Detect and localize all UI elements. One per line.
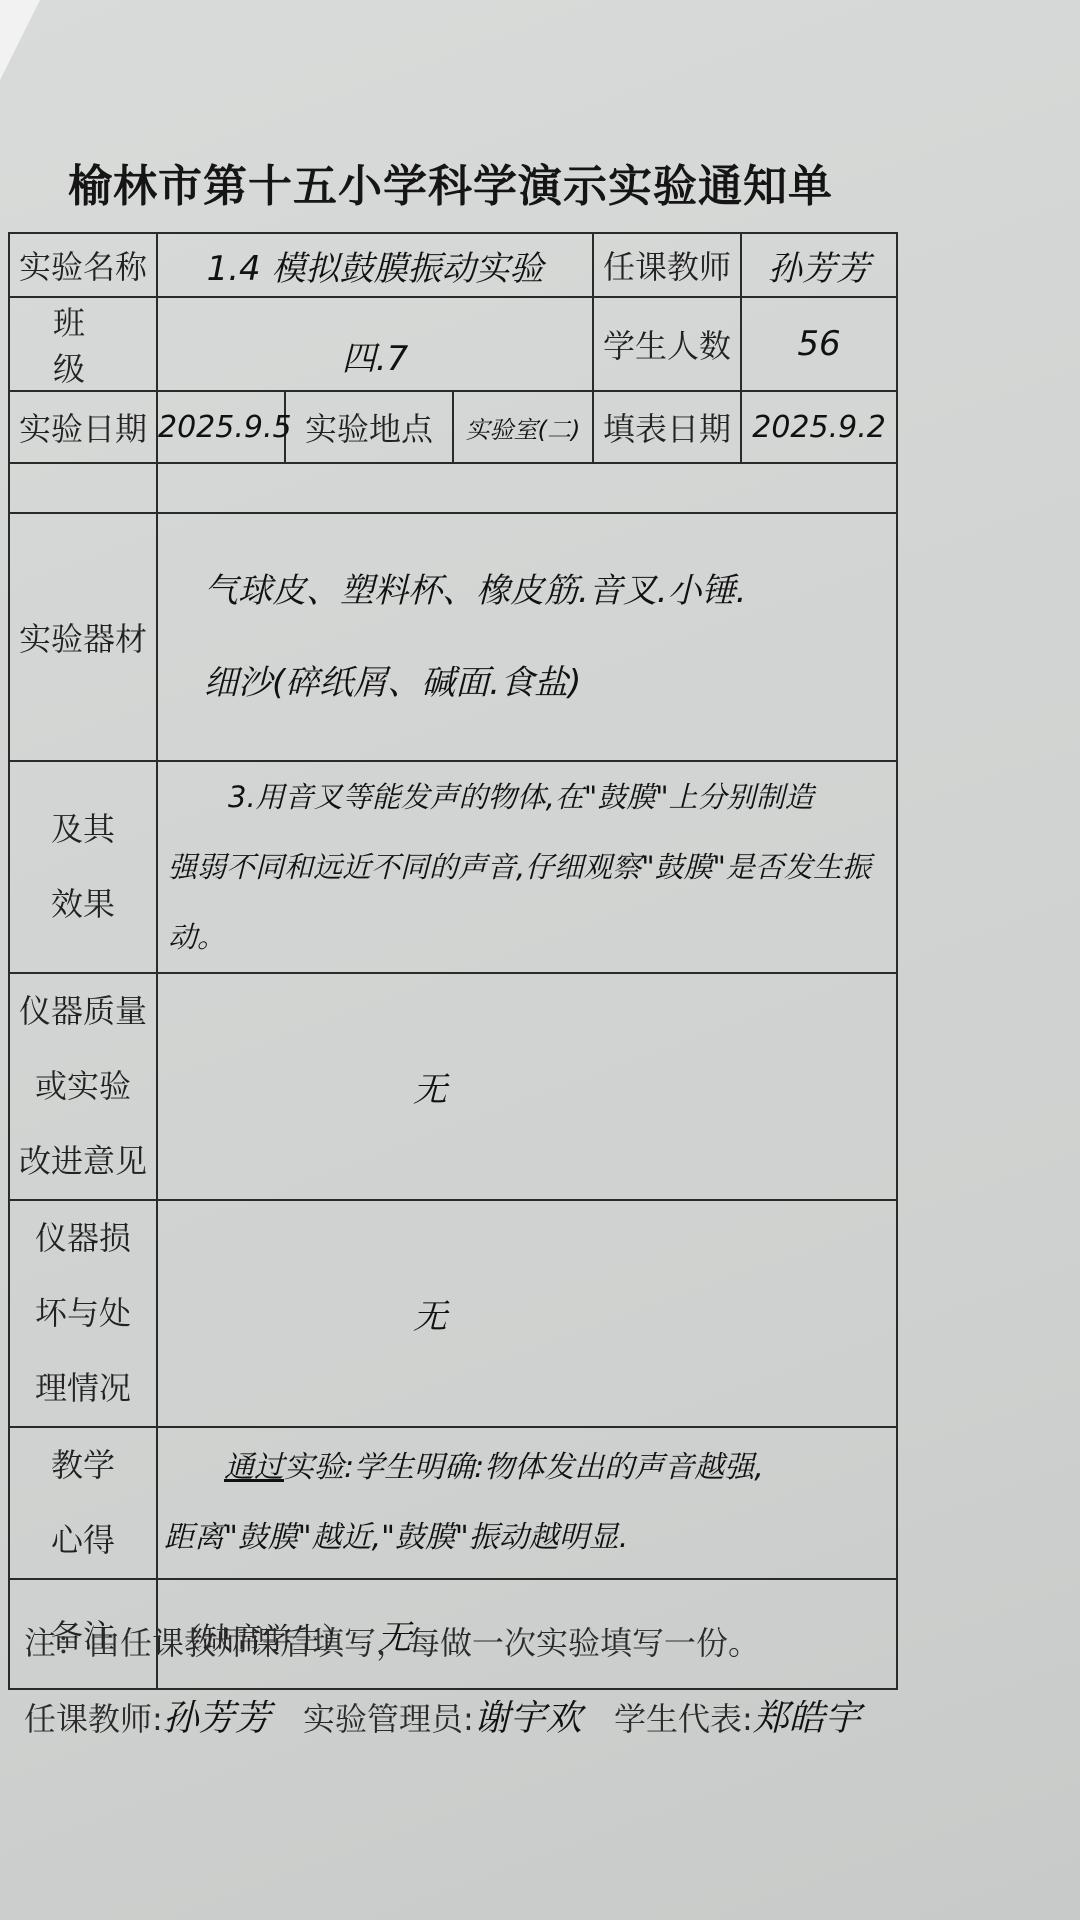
quality-value: 无 <box>157 973 897 1200</box>
row-damage: 仪器损 坏与处 理情况 无 <box>9 1200 979 1427</box>
empty-margin <box>897 1579 979 1689</box>
student-count-label: 学生人数 <box>593 297 741 391</box>
sign-student-rep-label: 学生代表: <box>614 1700 753 1738</box>
sign-admin-label: 实验管理员: <box>303 1700 474 1738</box>
effect-label-line-1: 及其 <box>10 792 156 867</box>
damage-label-line-1: 仪器损 <box>10 1201 156 1276</box>
row-equipment: 实验器材 气球皮、塑料杯、橡皮筋.音叉.小锤. 细沙(碎纸屑、碱面.食盐) <box>9 513 979 761</box>
empty-margin <box>897 233 979 297</box>
student-count-value: 56 <box>741 297 897 391</box>
empty-margin <box>897 513 979 761</box>
damage-label-line-3: 理情况 <box>10 1351 156 1426</box>
empty-margin <box>897 463 979 513</box>
insight-label: 教学 心得 <box>9 1427 157 1579</box>
form-table: 实验名称 1.4 模拟鼓膜振动实验 任课教师 孙芳芳 班级 四.7 学生人数 5… <box>8 232 980 1690</box>
sign-student-rep: 郑皓宇 <box>753 1698 861 1739</box>
insight-line-1-rest: 实验:学生明确:物体发出的声音越强, <box>284 1450 764 1485</box>
insight-value: 通过实验:学生明确:物体发出的声音越强, 距离"鼓膜"越近,"鼓膜"振动越明显. <box>157 1427 897 1579</box>
insight-line-1: 通过实验:学生明确:物体发出的声音越强, <box>164 1433 896 1503</box>
row-insight: 教学 心得 通过实验:学生明确:物体发出的声音越强, 距离"鼓膜"越近,"鼓膜"… <box>9 1427 979 1579</box>
damage-value: 无 <box>157 1200 897 1427</box>
footer-note: 注：由任课教师课后填写，每做一次实验填写一份。 <box>24 1618 760 1664</box>
empty-margin <box>897 1427 979 1579</box>
page-title: 榆林市第十五小学科学演示实验通知单 <box>68 150 833 214</box>
damage-label: 仪器损 坏与处 理情况 <box>9 1200 157 1427</box>
equipment-line-2: 细沙(碎纸屑、碱面.食盐) <box>204 637 886 729</box>
insight-line-2: 距离"鼓膜"越近,"鼓膜"振动越明显. <box>164 1503 896 1573</box>
quality-label-line-3: 改进意见 <box>10 1124 156 1199</box>
notice-form: 实验名称 1.4 模拟鼓膜振动实验 任课教师 孙芳芳 班级 四.7 学生人数 5… <box>8 232 978 1690</box>
equipment-label: 实验器材 <box>9 513 157 761</box>
equipment-value: 气球皮、塑料杯、橡皮筋.音叉.小锤. 细沙(碎纸屑、碱面.食盐) <box>157 513 897 761</box>
effect-label-line-2: 效果 <box>10 867 156 942</box>
fill-date-value: 2025.9.2 <box>741 391 897 463</box>
row-effect: 及其 效果 3.用音叉等能发声的物体,在"鼓膜"上分别制造 强弱不同和远近不同的… <box>9 761 979 973</box>
paper-corner <box>0 0 40 80</box>
insight-label-line-2: 心得 <box>10 1503 156 1578</box>
date-label: 实验日期 <box>9 391 157 463</box>
quality-label-line-1: 仪器质量 <box>10 974 156 1049</box>
blank-label-cell <box>9 463 157 513</box>
fill-date-label: 填表日期 <box>593 391 741 463</box>
effect-value: 3.用音叉等能发声的物体,在"鼓膜"上分别制造 强弱不同和远近不同的声音,仔细观… <box>157 761 897 973</box>
location-value: 实验室(二) <box>453 391 593 463</box>
experiment-name-value: 1.4 模拟鼓膜振动实验 <box>157 233 593 297</box>
row-date: 实验日期 2025.9.5 实验地点 实验室(二) 填表日期 2025.9.2 <box>9 391 979 463</box>
row-experiment-name: 实验名称 1.4 模拟鼓膜振动实验 任课教师 孙芳芳 <box>9 233 979 297</box>
quality-label-line-2: 或实验 <box>10 1049 156 1124</box>
insight-label-line-1: 教学 <box>10 1428 156 1503</box>
empty-margin <box>897 1200 979 1427</box>
sign-admin: 谢宇欢 <box>474 1698 582 1739</box>
row-class: 班级 四.7 学生人数 56 <box>9 297 979 391</box>
sign-teacher-label: 任课教师: <box>24 1700 163 1738</box>
class-label: 班级 <box>9 297 157 391</box>
effect-line-1: 3.用音叉等能发声的物体,在"鼓膜"上分别制造 <box>168 762 896 832</box>
teacher-label: 任课教师 <box>593 233 741 297</box>
effect-line-2: 强弱不同和远近不同的声音,仔细观察"鼓膜"是否发生振动。 <box>168 832 896 972</box>
quality-label: 仪器质量 或实验 改进意见 <box>9 973 157 1200</box>
signatures: 任课教师:孙芳芳 实验管理员:谢宇欢 学生代表:郑皓宇 <box>24 1690 883 1741</box>
insight-prefix: 通过 <box>224 1450 284 1485</box>
empty-margin <box>897 973 979 1200</box>
damage-label-line-2: 坏与处 <box>10 1276 156 1351</box>
blank-value-cell <box>157 463 897 513</box>
row-quality: 仪器质量 或实验 改进意见 无 <box>9 973 979 1200</box>
empty-margin <box>897 297 979 391</box>
row-blank <box>9 463 979 513</box>
date-value: 2025.9.5 <box>157 391 285 463</box>
class-value: 四.7 <box>157 297 593 391</box>
teacher-value: 孙芳芳 <box>741 233 897 297</box>
equipment-line-1: 气球皮、塑料杯、橡皮筋.音叉.小锤. <box>204 545 886 637</box>
sign-teacher: 孙芳芳 <box>163 1698 271 1739</box>
empty-margin <box>897 391 979 463</box>
effect-label: 及其 效果 <box>9 761 157 973</box>
experiment-name-label: 实验名称 <box>9 233 157 297</box>
empty-margin <box>897 761 979 973</box>
location-label: 实验地点 <box>285 391 453 463</box>
